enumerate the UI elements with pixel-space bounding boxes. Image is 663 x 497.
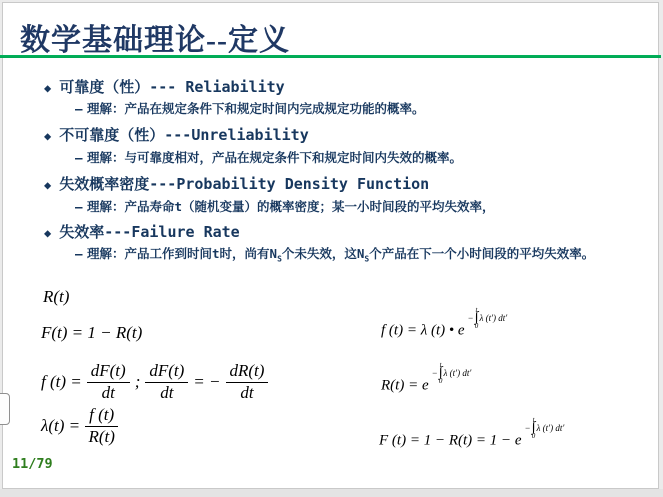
formula-base: F (t) = 1 − R(t) = 1 − e xyxy=(379,433,522,449)
formula-ft-exponential: f (t) = λ (t) • e−t∫0λ (t′) dt′ xyxy=(381,322,507,343)
bullet-term: ◆ 可靠度（性）--- Reliability xyxy=(44,79,285,96)
bullet-term-text: 可靠度（性）--- Reliability xyxy=(59,79,284,96)
bullet-term-text: 不可靠度（性）---Unreliability xyxy=(59,127,309,144)
bullet-term: ◆ 不可靠度（性）---Unreliability xyxy=(44,127,309,144)
dash-marker: – xyxy=(75,245,87,265)
bullet-detail-text: 理解：产品工作到时间t时，尚有NS个未失效，这NS个产品在下一个小时间段的平均失… xyxy=(87,245,594,265)
formula-Rt: R(t) xyxy=(43,288,69,307)
formula-lhs: f (t) = xyxy=(41,373,82,392)
bullet-detail-text: 理解：产品在规定条件下和规定时间内完成规定功能的概率。 xyxy=(87,100,425,118)
exponent: −t∫0λ (t′) dt′ xyxy=(468,308,508,329)
slide-title: 数学基础理论--定义 xyxy=(20,15,290,59)
fraction: dR(t) dt xyxy=(226,362,269,402)
formula-Rt-exponential: R(t) = e−t∫0λ (t′) dt′ xyxy=(381,377,471,398)
integral-icon: t∫0 xyxy=(475,308,479,329)
separator: ; xyxy=(135,373,141,392)
formula-lhs: λ(t) = xyxy=(41,417,80,436)
bullet-detail: – 理解：产品寿命t（随机变量）的概率密度；某一小时间段的平均失效率， xyxy=(75,198,647,216)
diamond-bullet-icon: ◆ xyxy=(44,130,51,143)
bullet-detail-text: 理解：与可靠度相对，产品在规定条件下和规定时间内失效的概率。 xyxy=(87,149,462,167)
detail-part: 理解：产品工作到时间t时，尚有N xyxy=(87,246,277,261)
bullet-term: ◆ 失效概率密度---Probability Density Function xyxy=(44,176,429,193)
bullet-detail: – 理解：产品在规定条件下和规定时间内完成规定功能的概率。 xyxy=(75,100,647,118)
page-number: 11/79 xyxy=(12,456,53,472)
bullet-detail: – 理解：产品工作到时间t时，尚有NS个未失效，这NS个产品在下一个小时间段的平… xyxy=(75,245,647,265)
minus-sign: − xyxy=(432,369,438,379)
integrand: λ (t′) dt′ xyxy=(536,424,564,434)
integral-icon: t∫0 xyxy=(532,418,536,439)
fraction: f (t) R(t) xyxy=(85,406,118,446)
bullet-term-text: 失效率---Failure Rate xyxy=(59,224,239,241)
viewer-bottom-edge xyxy=(0,489,663,497)
detail-part: 个产品在下一个小时间段的平均失效率。 xyxy=(369,246,594,261)
formula-base: f (t) = λ (t) • e xyxy=(381,323,465,339)
integrand: λ (t′) dt′ xyxy=(444,369,472,379)
dash-marker: – xyxy=(75,100,87,118)
formula-Ft: F(t) = 1 − R(t) xyxy=(41,324,142,343)
formula-base: R(t) = e xyxy=(381,378,429,394)
dash-marker: – xyxy=(75,149,87,167)
minus-sign: − xyxy=(525,424,531,434)
formula-Ft-exponential: F (t) = 1 − R(t) = 1 − e−t∫0λ (t′) dt′ xyxy=(379,432,564,453)
slide-page: 数学基础理论--定义 ◆ 可靠度（性）--- Reliability – 理解：… xyxy=(2,2,659,489)
detail-part: 个未失效，这N xyxy=(282,246,365,261)
bullet-detail-text: 理解：产品寿命t（随机变量）的概率密度；某一小时间段的平均失效率， xyxy=(87,198,495,216)
integrand: λ (t′) dt′ xyxy=(479,314,507,324)
formula-ft-derivatives: f (t) = dF(t) dt ; dF(t) dt = − dR(t) dt xyxy=(41,362,268,402)
fraction: dF(t) dt xyxy=(145,362,188,402)
slide-viewer: 数学基础理论--定义 ◆ 可靠度（性）--- Reliability – 理解：… xyxy=(0,0,663,497)
minus-sign: − xyxy=(468,314,474,324)
bullet-detail: – 理解：与可靠度相对，产品在规定条件下和规定时间内失效的概率。 xyxy=(75,149,647,167)
equals-minus: = − xyxy=(193,373,220,392)
exponent: −t∫0λ (t′) dt′ xyxy=(432,363,472,384)
dash-marker: – xyxy=(75,198,87,216)
formula-lambda: λ(t) = f (t) R(t) xyxy=(41,406,118,446)
diamond-bullet-icon: ◆ xyxy=(44,82,51,95)
title-underline xyxy=(0,55,661,58)
sidebar-handle[interactable] xyxy=(0,393,10,425)
bullet-term-text: 失效概率密度---Probability Density Function xyxy=(59,176,429,193)
diamond-bullet-icon: ◆ xyxy=(44,179,51,192)
integral-icon: t∫0 xyxy=(439,363,443,384)
fraction: dF(t) dt xyxy=(87,362,130,402)
exponent: −t∫0λ (t′) dt′ xyxy=(525,418,565,439)
bullet-term: ◆ 失效率---Failure Rate xyxy=(44,224,240,241)
diamond-bullet-icon: ◆ xyxy=(44,227,51,240)
